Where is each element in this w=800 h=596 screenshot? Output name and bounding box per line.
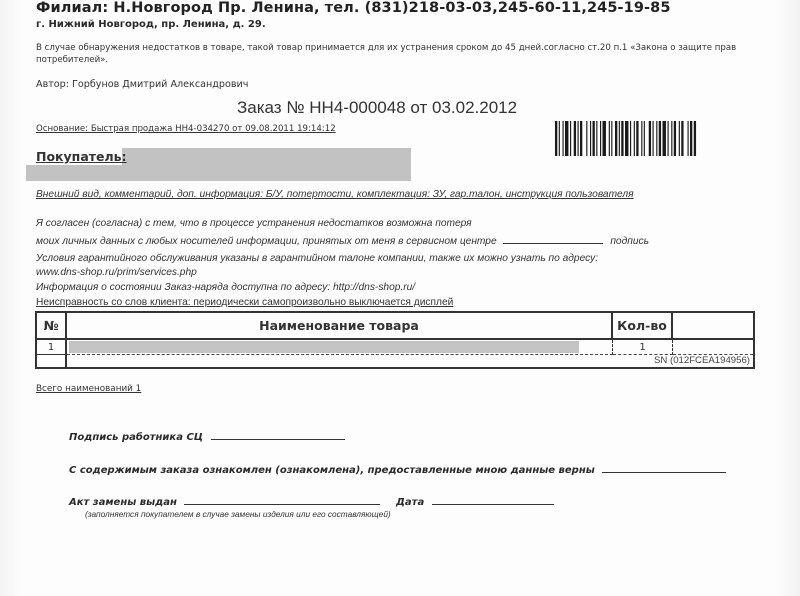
replacement-act: Акт замены выдан bbox=[69, 494, 380, 508]
appearance-info: Внешний вид, комментарий, доп. информаци… bbox=[36, 189, 634, 200]
notice-line-1: В случае обнаружения недостатков в товар… bbox=[36, 42, 776, 54]
date-line[interactable] bbox=[432, 494, 554, 505]
item-name-redacted bbox=[69, 341, 579, 353]
header-extra bbox=[673, 313, 753, 340]
worker-signature-line[interactable] bbox=[211, 429, 345, 440]
row-number-empty bbox=[37, 355, 67, 369]
buyer-name-redacted-extension bbox=[26, 165, 126, 181]
header-item-name: Наименование товара bbox=[67, 313, 613, 340]
consent-signature-label: подпись bbox=[610, 236, 649, 247]
row-number: 1 bbox=[37, 340, 67, 355]
warranty-line-1: Условия гарантийного обслуживания указан… bbox=[36, 253, 598, 264]
serial-number: SN (012FCEA194956) bbox=[654, 355, 750, 366]
items-table: № Наименование товара Кол-во 1 1 SN (012… bbox=[35, 311, 755, 369]
notice-line-2: потребителей». bbox=[36, 54, 776, 66]
act-label: Акт замены выдан bbox=[69, 497, 177, 508]
row-quantity: 1 bbox=[613, 340, 673, 355]
warranty-notice: В случае обнаружения недостатков в товар… bbox=[36, 42, 776, 66]
row-extra bbox=[673, 340, 753, 355]
act-line[interactable] bbox=[184, 494, 380, 505]
consent-line-2: моих личных данных с любых носителей инф… bbox=[36, 233, 649, 247]
worker-signature-label: Подпись работника СЦ bbox=[69, 432, 203, 443]
acquainted-label: С содержимым заказа ознакомлен (ознакомл… bbox=[69, 465, 595, 476]
worker-signature: Подпись работника СЦ bbox=[69, 429, 345, 443]
header-quantity: Кол-во bbox=[613, 313, 673, 340]
total-items: Всего наименований 1 bbox=[36, 384, 141, 394]
consent-signature-line[interactable] bbox=[503, 233, 603, 244]
branch-address: г. Нижний Новгород, пр. Ленина, д. 29. bbox=[36, 19, 266, 30]
branch-header: Филиал: Н.Новгород Пр. Ленина, тел. (831… bbox=[36, 0, 671, 16]
date-label: Дата bbox=[396, 497, 424, 508]
order-title: Заказ № НН4-000048 от 03.02.2012 bbox=[237, 98, 517, 118]
client-fault-description: Неисправность со слов клиента: периодиче… bbox=[36, 297, 453, 308]
barcode-icon bbox=[555, 121, 743, 156]
acquainted-statement: С содержимым заказа ознакомлен (ознакомл… bbox=[69, 462, 726, 476]
author: Автор: Горбунов Дмитрий Александрович bbox=[36, 79, 248, 90]
header-number: № bbox=[37, 313, 67, 340]
order-basis: Основание: Быстрая продажа НН4-034270 от… bbox=[36, 124, 336, 134]
order-status-info: Информация о состоянии Заказ-наряда дост… bbox=[36, 282, 415, 293]
order-document: Филиал: Н.Новгород Пр. Ленина, тел. (831… bbox=[0, 0, 800, 596]
row-item-name bbox=[67, 340, 613, 355]
warranty-url: www.dns-shop.ru/prim/services.php bbox=[36, 267, 197, 278]
buyer-label: Покупатель: bbox=[36, 149, 127, 164]
consent-line-1: Я согласен (согласна) с тем, что в проце… bbox=[36, 218, 472, 229]
acquainted-signature-line[interactable] bbox=[602, 462, 726, 473]
act-note: (заполняется покупателем в случае замены… bbox=[85, 509, 391, 519]
buyer-name-redacted bbox=[122, 148, 411, 181]
date-field: Дата bbox=[396, 494, 554, 508]
consent-text: моих личных данных с любых носителей инф… bbox=[36, 236, 497, 247]
